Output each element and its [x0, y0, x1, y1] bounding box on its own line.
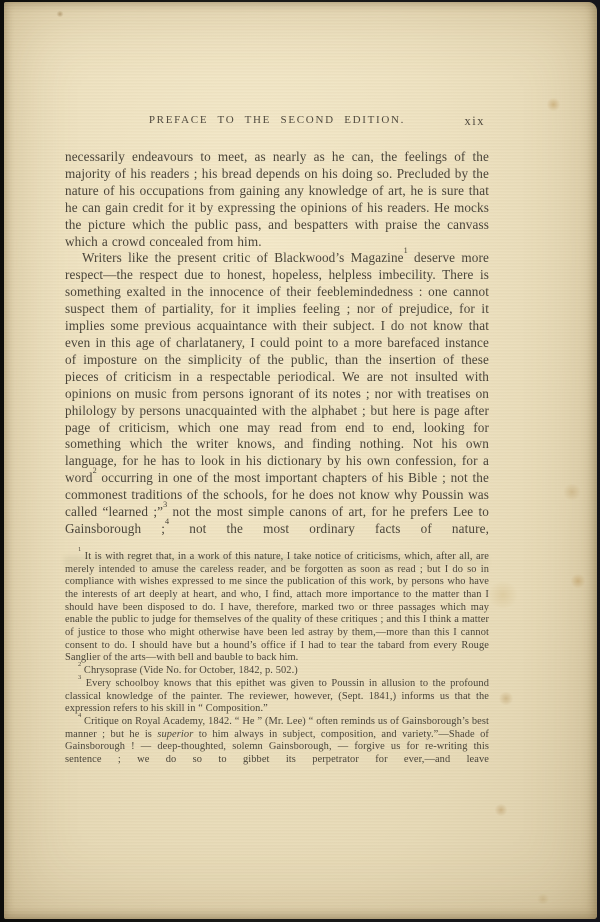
running-header: PREFACE TO THE SECOND EDITION. xix	[65, 114, 489, 129]
page-content: PREFACE TO THE SECOND EDITION. xix neces…	[65, 114, 489, 767]
paragraph: Writers like the present critic of Black…	[65, 250, 489, 537]
book-page: PREFACE TO THE SECOND EDITION. xix neces…	[4, 2, 597, 919]
footnote-4: 4 Critique on Royal Academy, 1842. “ He …	[65, 716, 489, 767]
foxing-stain	[498, 692, 514, 705]
text-segment: Writers like the present critic of Black…	[82, 250, 404, 265]
footnote-2: 2 Chrysoprase (Vide No. for October, 184…	[65, 665, 489, 678]
text-segment: deserve more respect—the respect due to …	[65, 250, 489, 485]
foxing-stain	[56, 11, 64, 17]
text-segment: It is with regret that, in a work of thi…	[65, 551, 489, 664]
footnote-reference-1: 1	[404, 246, 408, 255]
footnote-1: 1 It is with regret that, in a work of t…	[65, 551, 489, 665]
foxing-stain	[536, 894, 550, 904]
footnote-3: 3 Every schoolboy knows that this epithe…	[65, 678, 489, 716]
text-segment: Every schoolboy knows that this epithet …	[65, 678, 489, 714]
text-segment: necessarily endeavours to meet, as nearl…	[65, 149, 489, 249]
footnote-reference-2: 2	[93, 466, 97, 475]
foxing-stain	[570, 574, 586, 588]
foxing-stain	[486, 582, 520, 608]
paragraph-continuation: necessarily endeavours to meet, as nearl…	[65, 149, 489, 250]
text-segment: not the most ordinary facts of nature,	[169, 521, 489, 536]
page-number: xix	[465, 114, 485, 129]
footnote-reference-3: 3	[163, 500, 167, 509]
page-title: PREFACE TO THE SECOND EDITION.	[149, 114, 405, 126]
foxing-stain	[562, 484, 582, 500]
scan-background: PREFACE TO THE SECOND EDITION. xix neces…	[0, 0, 600, 922]
foxing-stain	[546, 98, 561, 111]
footnote-number: 4	[78, 712, 81, 719]
footnote-number: 3	[78, 674, 81, 681]
footnote-number: 1	[78, 546, 81, 553]
foxing-stain	[494, 804, 508, 816]
text-segment: Chrysoprase (Vide No. for October, 1842,…	[81, 665, 298, 676]
italic-text: superior	[157, 729, 193, 740]
footnotes-block: 1 It is with regret that, in a work of t…	[65, 551, 489, 767]
footnote-reference-4: 4	[165, 517, 169, 526]
footnote-number: 2	[78, 661, 81, 668]
body-text: necessarily endeavours to meet, as nearl…	[65, 149, 489, 538]
